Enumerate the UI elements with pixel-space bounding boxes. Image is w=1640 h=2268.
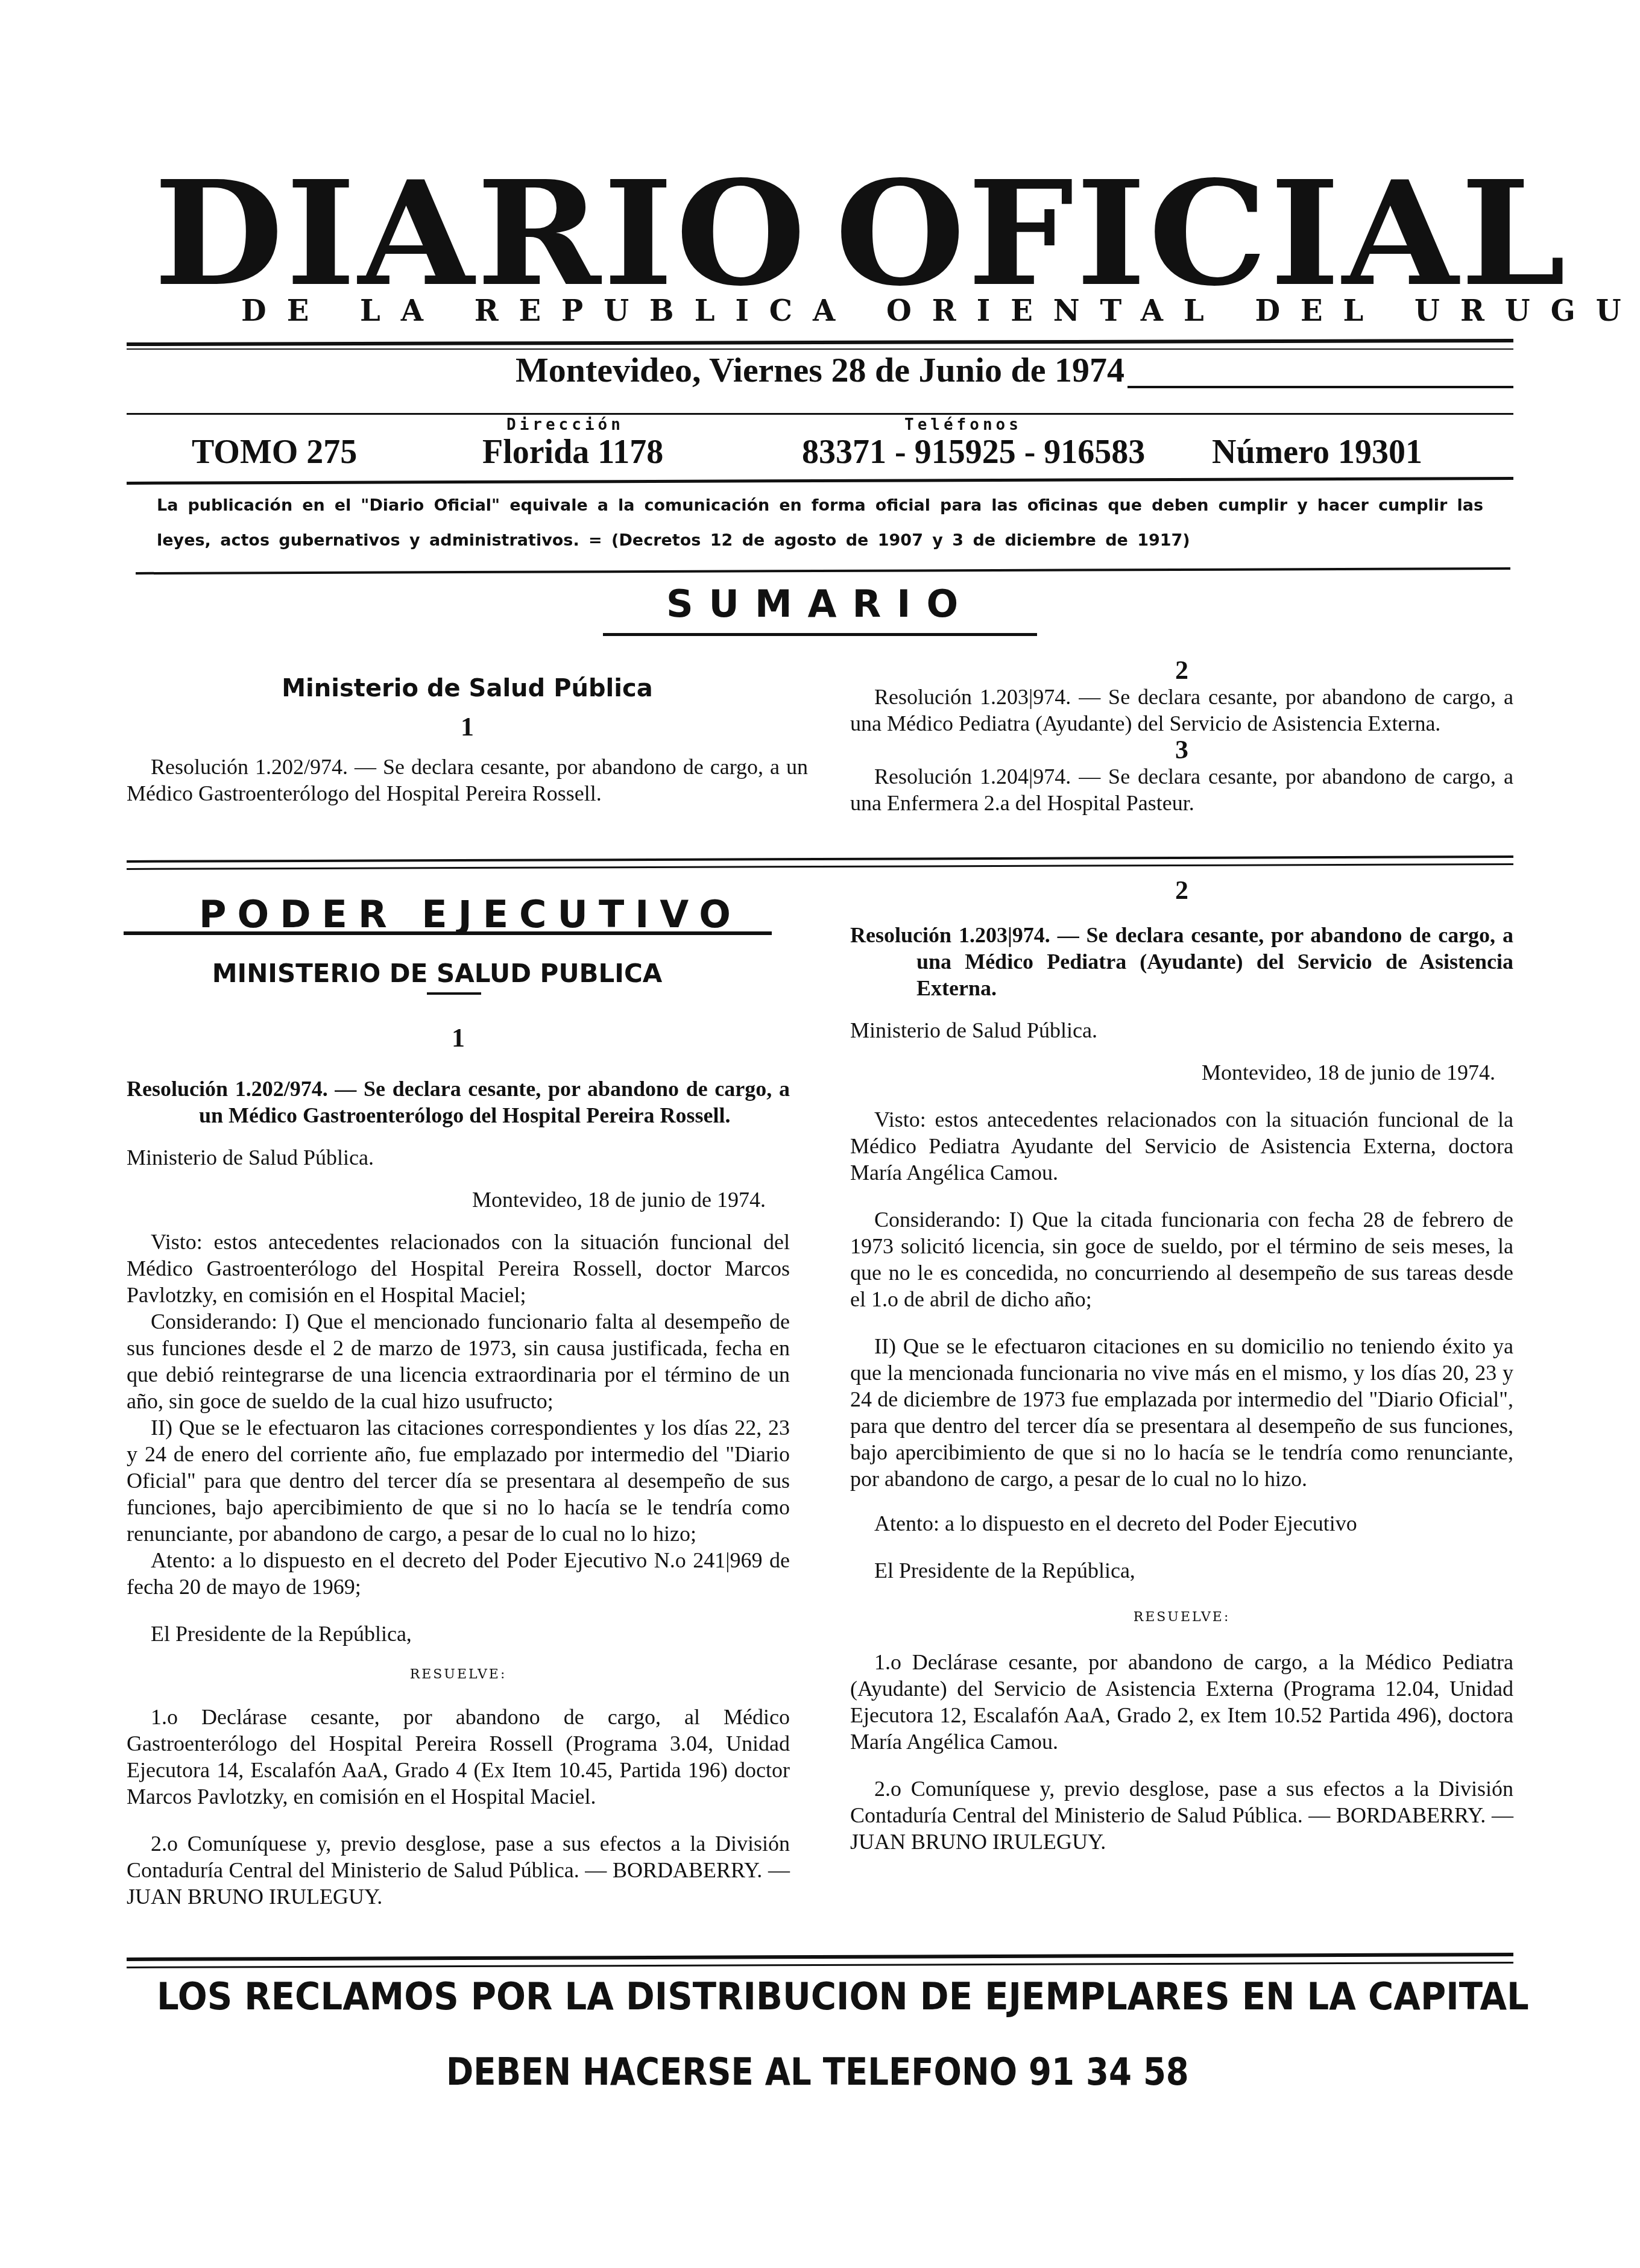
visto-paragraph: Visto: estos antecedentes relacionados c… (127, 1229, 790, 1308)
resolution-heading: Resolución 1.203|974. — Se declara cesan… (850, 922, 1513, 1001)
visto-paragraph: Visto: estos antecedentes relacionados c… (850, 1106, 1513, 1186)
considerando-2: II) Que se le efectuaron las citaciones … (127, 1414, 790, 1547)
phones-label: Teléfonos (904, 416, 1022, 434)
masthead: DIARIO OFICIAL (154, 162, 1480, 306)
issue-number: Número 19301 (1212, 433, 1422, 471)
divider (127, 1962, 1513, 1968)
issue-date: Montevideo, Viernes 28 de Junio de 1974 (0, 350, 1640, 390)
considerando-2: II) Que se le efectuaron citaciones en s… (850, 1333, 1513, 1492)
divider (127, 1953, 1513, 1961)
article-2: 2.o Comuníquese y, previo desglose, pase… (127, 1830, 790, 1910)
ministry-line: Ministerio de Salud Pública. (850, 1017, 1513, 1044)
place-date: Montevideo, 18 de junio de 1974. (850, 1059, 1513, 1086)
section-ministry: MINISTERIO DE SALUD PUBLICA (181, 959, 693, 988)
masthead-title-right: OFICIAL (835, 162, 1568, 306)
masthead-subtitle: DE LA REPUBLICA ORIENTAL DEL URUGUAY (241, 294, 1266, 328)
summary-title: SUMARIO (0, 582, 1640, 626)
presidente-line: El Presidente de la República, (127, 1621, 790, 1647)
resolution-heading: Resolución 1.202/974. — Se declara cesan… (127, 1076, 790, 1129)
address-label: Dirección (506, 416, 624, 434)
resolution-2: 2 Resolución 1.203|974. — Se declara ces… (850, 877, 1513, 1855)
place-date: Montevideo, 18 de junio de 1974. (127, 1186, 790, 1213)
divider (136, 567, 1510, 575)
summary-item[interactable]: Resolución 1.203|974. — Se declara cesan… (850, 684, 1513, 737)
divider (127, 855, 1513, 863)
phones: 83371 - 915925 - 916583 (802, 433, 1145, 471)
divider (127, 863, 1513, 870)
resolution-1: 1 Resolución 1.202/974. — Se declara ces… (127, 1025, 790, 1910)
summary-item-number: 3 (850, 737, 1513, 763)
atento-paragraph: Atento: a lo dispuesto en el decreto del… (127, 1547, 790, 1600)
divider (127, 477, 1513, 485)
ministry-line: Ministerio de Salud Pública. (127, 1144, 790, 1171)
atento-paragraph: Atento: a lo dispuesto en el decreto del… (850, 1510, 1513, 1537)
section-title: PODER EJECUTIVO (199, 892, 742, 936)
summary-ministry: Ministerio de Salud Pública (127, 675, 808, 702)
summary-item-number: 1 (127, 714, 808, 740)
volume-number: TOMO 275 (192, 433, 357, 471)
presidente-line: El Presidente de la República, (850, 1557, 1513, 1584)
masthead-title-left: DIARIO (154, 162, 809, 306)
summary-left-column: Ministerio de Salud Pública 1 Resolución… (127, 675, 808, 807)
legal-notice: La publicación en el "Diario Oficial" eq… (157, 488, 1483, 558)
divider (127, 413, 1513, 415)
considerando-1: Considerando: I) Que la citada funcionar… (850, 1206, 1513, 1312)
article-2: 2.o Comuníquese y, previo desglose, pase… (850, 1775, 1513, 1855)
resuelve-heading: RESUELVE: (850, 1604, 1513, 1631)
divider (1127, 386, 1513, 388)
divider (603, 633, 1037, 636)
summary-item[interactable]: Resolución 1.204|974. — Se declara cesan… (850, 763, 1513, 816)
summary-item-number: 2 (850, 657, 1513, 684)
divider (124, 931, 772, 935)
footer-notice-line-1: LOS RECLAMOS POR LA DISTRIBUCION DE EJEM… (157, 1974, 1390, 2018)
address: Florida 1178 (482, 433, 663, 471)
article-1: 1.o Declárase cesante, por abandono de c… (127, 1704, 790, 1810)
article-1: 1.o Declárase cesante, por abandono de c… (850, 1649, 1513, 1755)
resuelve-heading: RESUELVE: (127, 1662, 790, 1688)
considerando-1: Considerando: I) Que el mencionado funci… (127, 1308, 790, 1414)
divider (127, 339, 1513, 346)
resolution-number: 2 (850, 877, 1513, 904)
summary-right-column: 2 Resolución 1.203|974. — Se declara ces… (850, 657, 1513, 816)
resolution-number: 1 (127, 1025, 790, 1051)
footer-notice-line-2: DEBEN HACERSE AL TELEFONO 91 34 58 (446, 2050, 1189, 2094)
divider (427, 992, 481, 995)
summary-item[interactable]: Resolución 1.202/974. — Se declara cesan… (127, 754, 808, 807)
